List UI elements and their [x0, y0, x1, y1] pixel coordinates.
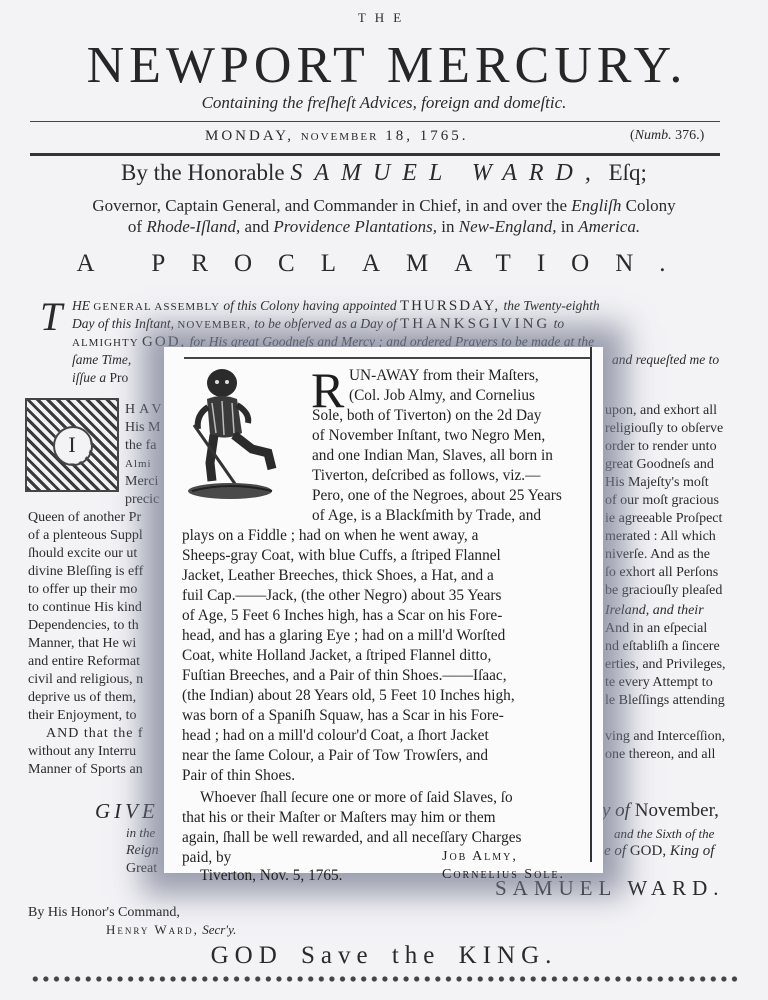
- opening-line-4b: and requeſted me to: [612, 352, 719, 368]
- left-col-line: civil and religious, n: [28, 671, 143, 689]
- ad-line: paid, by: [182, 849, 231, 867]
- right-col-line: Ireland, and their: [605, 602, 704, 620]
- proclamation-byline: By the Honorable SAMUEL WARD, Eſq;: [0, 160, 768, 187]
- right-col-line: merated : All which: [605, 528, 716, 546]
- t2-of: of: [128, 217, 142, 236]
- newspaper-page: THE NEWPORT MERCURY. Containing the freſ…: [0, 0, 768, 1000]
- left-col-line: deprive us of them,: [28, 689, 136, 707]
- newspaper-subtitle: Containing the freſheſt Advices, foreign…: [0, 93, 768, 113]
- ad-line: and one Indian Man, Slaves, all born in: [312, 447, 553, 465]
- governor-titles-line2: of Rhode-Iſland, and Providence Plantati…: [0, 217, 768, 237]
- ornament-letter-i: I: [27, 400, 117, 490]
- right-col-line: order to render unto: [605, 438, 717, 456]
- right-col-line: upon, and exhort all: [605, 402, 717, 420]
- ad-line: Fuſtian Breeches, and a Pair of thin Sho…: [182, 667, 507, 685]
- ad-signer-job-almy: Job Almy,: [442, 849, 518, 865]
- ad-line: of November Inſtant, two Negro Men,: [312, 427, 545, 445]
- dateline-month: November: [301, 131, 379, 143]
- governor-name: SAMUEL WARD,: [290, 160, 603, 186]
- left-col-line: the fa: [125, 437, 156, 455]
- ad-line: Pero, one of the Negroes, about 25 Years: [312, 487, 562, 505]
- left-col-line: Manner, that He wi: [28, 635, 136, 653]
- masthead-rule-bottom: [30, 153, 720, 156]
- given-right-line-2: and the Sixth of the: [614, 826, 714, 842]
- o-l1e: the Twenty-eighth: [504, 298, 600, 313]
- secretary-title: Secr'y.: [202, 922, 236, 937]
- t2-new-england: New-England,: [459, 217, 557, 236]
- dateline: MONDAY, November 18, 1765.: [205, 128, 468, 145]
- o-l1b: General Assembly: [93, 301, 220, 313]
- right-col-line: great Goodneſs and: [605, 456, 714, 474]
- o-l1d: THURSDAY,: [400, 298, 500, 314]
- ad-line: Tiverton, deſcribed as follows, viz.—: [312, 467, 540, 485]
- left-col-line: Dependencies, to th: [28, 617, 139, 635]
- right-col-line: ie agreeable Proſpect: [605, 510, 722, 528]
- left-col-line: HAV: [125, 401, 166, 419]
- proclamation-heading: A PROCLAMATION.: [0, 250, 768, 278]
- g-r1a: y of: [602, 800, 630, 821]
- o-l5b: Pro: [110, 370, 129, 385]
- ad-signer-cornelius-sole: Cornelius Sole.: [442, 867, 565, 883]
- o-l3a: Almighty: [72, 337, 139, 349]
- t2-in-2: in: [561, 217, 574, 236]
- ad-line: Jacket, Leather Breeches, thick Shoes, a…: [182, 567, 494, 585]
- opening-line-1: HE General Assembly of this Colony havin…: [72, 298, 600, 315]
- g-r1b: November,: [635, 800, 719, 821]
- masthead-the: THE: [0, 10, 768, 26]
- o-l2b: November,: [177, 319, 250, 331]
- right-col-line: ving and Interceſſion,: [605, 728, 725, 746]
- ad-line: of Age, 5 Feet 6 Inches high, has a Scar…: [182, 607, 502, 625]
- o-l2c: to be obſerved as a Day of: [254, 316, 396, 331]
- ad-line: (Col. Job Almy, and Cornelius: [349, 387, 535, 405]
- running-figure-woodcut-icon: [182, 363, 292, 503]
- right-col-line: nd eſtabliſh a ſincere: [605, 638, 720, 656]
- left-col-line: Almi: [125, 455, 152, 473]
- left-col-line: and entire Reformat: [28, 653, 140, 671]
- right-col-line: be graciouſly pleaſed: [605, 582, 722, 600]
- governor-titles-line1: Governor, Captain General, and Commander…: [0, 196, 768, 216]
- ad-line: fuil Cap.——Jack, (the other Negro) about…: [182, 587, 501, 605]
- by-command: By His Honor's Command,: [28, 905, 180, 921]
- g-r3c: King of: [670, 843, 715, 859]
- right-col-line: le Bleſſings attending: [605, 692, 725, 710]
- newspaper-title: NEWPORT MERCURY.: [22, 36, 752, 95]
- ad-line: of Age, is a Blackſmith by Trade, and: [312, 507, 541, 525]
- by-the-honorable: By the Honorable: [121, 160, 285, 185]
- opening-line-4a: ſame Time,: [72, 352, 131, 368]
- t2-and: and: [245, 217, 270, 236]
- ad-line: head, and has a glaring Eye ; had on a m…: [182, 627, 505, 645]
- right-col-line: one thereon, and all: [605, 746, 715, 764]
- dateline-day: MONDAY,: [205, 128, 294, 144]
- right-col-line: ſo exhort all Perſons: [605, 564, 718, 582]
- left-col-line: their Enjoyment, to: [28, 707, 136, 725]
- g-r3b: GOD,: [630, 843, 666, 859]
- o-l2a: Day of this Inſtant,: [72, 316, 174, 331]
- ornamental-initial: I: [27, 400, 117, 490]
- left-col-line: precic: [125, 491, 159, 509]
- g-r3a: e of: [604, 843, 626, 859]
- ad-line: was born of a Spaniſh Squaw, has a Scar …: [182, 707, 504, 725]
- given-right-line-1: y of November,: [602, 800, 719, 822]
- given-in-the: in the: [126, 825, 155, 841]
- ad-right-rule: [590, 347, 592, 862]
- left-col-line: His M: [125, 419, 160, 437]
- left-col-line: to continue His kind: [28, 599, 142, 617]
- left-col-line: Manner of Sports an: [28, 761, 143, 779]
- left-col-line: AND that the f: [46, 725, 144, 743]
- ad-line: UN-AWAY from their Maſters,: [349, 367, 539, 385]
- esq: Eſq;: [609, 160, 647, 185]
- ad-place-date: Tiverton, Nov. 5, 1765.: [200, 867, 343, 885]
- t2-america: America.: [578, 217, 640, 236]
- o-l2e: to: [554, 316, 565, 331]
- right-col-line: niverſe. And as the: [605, 546, 710, 564]
- t2-providence: Providence Plantations,: [273, 217, 437, 236]
- left-col-line: to offer up their mo: [28, 581, 137, 599]
- ad-line: again, ſhall be well rewarded, and all n…: [182, 829, 522, 847]
- left-col-line: divine Bleſſing is eff: [28, 563, 143, 581]
- ad-line: (the Indian) about 28 Years old, 5 Feet …: [182, 687, 515, 705]
- given-reign: Reign: [126, 843, 159, 859]
- issue-number-label: Numb.: [635, 128, 672, 143]
- left-col-line: ſhould excite our ut: [28, 545, 137, 563]
- bottom-dotted-rule: [30, 975, 740, 983]
- dateline-rest: 18, 1765.: [385, 128, 468, 144]
- right-col-line: erties, and Privileges,: [605, 656, 726, 674]
- ad-line: Sole, both of Tiverton) on the 2d Day: [312, 407, 541, 425]
- opening-line-2: Day of this Inſtant, November, to be obſ…: [72, 316, 564, 333]
- issue-number: (Numb. 376.): [630, 128, 704, 144]
- ad-line: Pair of thin Shoes.: [182, 767, 295, 785]
- secretary-name: Henry Ward,: [106, 922, 199, 937]
- o-l2d: THANKSGIVING: [400, 316, 550, 332]
- right-col-line: His Majeſty's moſt: [605, 474, 709, 492]
- left-col-line: without any Interru: [28, 743, 136, 761]
- given-word: GIVE: [95, 799, 159, 824]
- given-great: Great: [126, 861, 157, 877]
- issue-number-value: 376.: [675, 128, 700, 143]
- right-col-line: And in an eſpecial: [605, 620, 707, 638]
- masthead-rule-top: [30, 121, 720, 122]
- runaway-advertisement-clipping: R UN-AWAY from their Maſters, (Col. Job …: [164, 347, 603, 873]
- titles-colony: Colony: [626, 196, 676, 215]
- left-col-line: Merci: [125, 473, 158, 491]
- t2-rhode-island: Rhode-Iſland,: [146, 217, 240, 236]
- ad-line: that his or their Maſter or Maſters may …: [182, 809, 496, 827]
- ad-line: head ; had on a mill'd colour'd Coat, a …: [182, 727, 489, 745]
- left-col-line: Queen of another Pr: [28, 509, 141, 527]
- ad-top-rule: [184, 357, 590, 359]
- ad-line: Sheeps-gray Coat, with blue Cuffs, a ſtr…: [182, 547, 501, 565]
- god-save-the-king: GOD Save the KING.: [0, 942, 768, 970]
- ad-line: Coat, white Holland Jacket, a ſtriped Fl…: [182, 647, 491, 665]
- titles-text: Governor, Captain General, and Commander…: [92, 196, 567, 215]
- titles-english: Engliſh: [571, 196, 621, 215]
- drop-cap-t: T: [40, 297, 62, 337]
- left-col-line: of a plenteous Suppl: [28, 527, 143, 545]
- opening-line-5: iſſue a Pro: [72, 370, 128, 386]
- o-l5a: iſſue a: [72, 370, 106, 385]
- ad-line: Whoever ſhall ſecure one or more of ſaid…: [200, 789, 513, 807]
- secretary-line: Henry Ward, Secr'y.: [106, 922, 236, 938]
- o-l1c: of this Colony having appointed: [223, 298, 396, 313]
- right-col-line: te every Attempt to: [605, 674, 713, 692]
- right-col-line: of our moſt gracious: [605, 492, 719, 510]
- o-l1a: HE: [72, 298, 90, 313]
- ad-line: near the ſame Colour, a Pair of Tow Trow…: [182, 747, 488, 765]
- t2-in: in: [441, 217, 454, 236]
- right-col-line: religiouſly to obſerve: [605, 420, 723, 438]
- given-right-line-3: e of GOD, King of: [604, 843, 714, 860]
- ad-line: plays on a Fiddle ; had on when he went …: [182, 527, 478, 545]
